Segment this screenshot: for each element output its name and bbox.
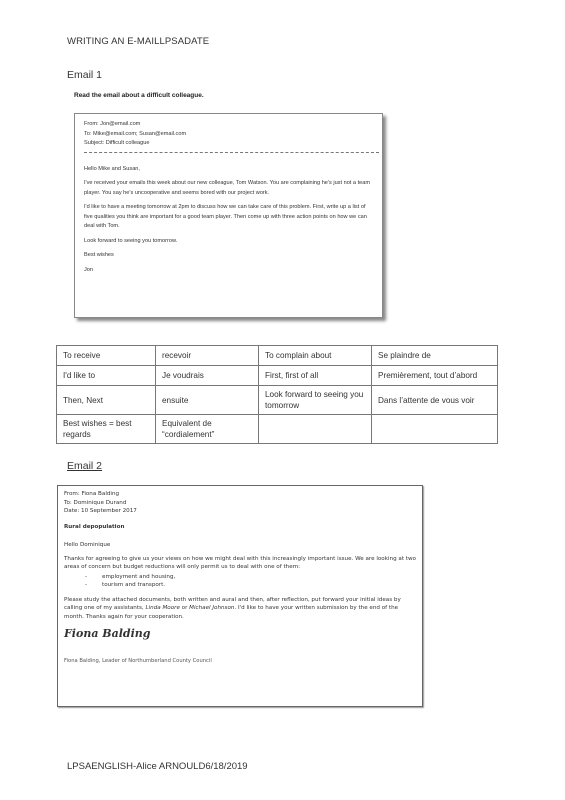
email1-section-title: Email 1 — [67, 69, 102, 81]
email1-instruction: Read the email about a difficult colleag… — [74, 92, 204, 99]
email1-from: From: Jon@email.com — [84, 120, 373, 130]
email2-box: From: Fiona Balding To: Dominique Durand… — [57, 485, 423, 707]
email2-footer-line: Fiona Balding, Leader of Northumberland … — [64, 657, 416, 666]
table-cell: I'd like to — [57, 366, 156, 386]
email1-closing: Best wishes — [84, 251, 373, 261]
table-row: Best wishes = best regards Equivalent de… — [57, 415, 498, 444]
paragraph-text: or — [180, 605, 189, 611]
email2-signature: Fiona Balding — [64, 627, 416, 641]
table-cell: ensuite — [156, 386, 259, 415]
table-cell: Je voudrais — [156, 366, 259, 386]
table-cell: recevoir — [156, 346, 259, 366]
email2-paragraph: Please study the attached documents, bot… — [64, 596, 416, 622]
table-cell: To complain about — [259, 346, 372, 366]
table-cell — [259, 415, 372, 444]
table-cell: Then, Next — [57, 386, 156, 415]
email1-paragraph: I've received your emails this week abou… — [84, 179, 373, 198]
email2-paragraph: Thanks for agreeing to give us your view… — [64, 555, 416, 572]
email1-to: To: Mike@email.com; Susan@email.com — [84, 130, 373, 140]
assistant-name: Michael Johnson — [189, 605, 234, 611]
email1-greeting: Hello Mike and Susan, — [84, 165, 373, 175]
email2-section-title: Email 2 — [67, 460, 102, 472]
email2-list: employment and housing, tourism and tran… — [64, 573, 416, 590]
table-cell: First, first of all — [259, 366, 372, 386]
email2-date: Date: 10 September 2017 — [64, 507, 416, 516]
table-cell: Dans l’attente de vous voir — [372, 386, 498, 415]
table-row: To receive recevoir To complain about Se… — [57, 346, 498, 366]
email2-to: To: Dominique Durand — [64, 499, 416, 508]
email2-greeting: Hello Dominique — [64, 541, 416, 550]
table-cell: Equivalent de “cordialement” — [156, 415, 259, 444]
table-cell — [372, 415, 498, 444]
table-cell: Best wishes = best regards — [57, 415, 156, 444]
email1-signature: Jon — [84, 266, 373, 276]
email1-box: From: Jon@email.com To: Mike@email.com; … — [74, 113, 383, 318]
list-item: tourism and transport. — [102, 581, 416, 590]
email2-from: From: Fiona Balding — [64, 490, 416, 499]
vocabulary-table: To receive recevoir To complain about Se… — [56, 345, 498, 444]
email2-subject: Rural depopulation — [64, 523, 416, 532]
email1-header-divider — [84, 150, 379, 153]
email1-subject: Subject: Difficult colleague — [84, 139, 373, 149]
table-cell: To receive — [57, 346, 156, 366]
table-cell: Se plaindre de — [372, 346, 498, 366]
table-row: I'd like to Je voudrais First, first of … — [57, 366, 498, 386]
document-header: WRITING AN E-MAILLPSADATE — [67, 36, 209, 47]
assistant-name: Linda Moore — [146, 605, 180, 611]
email1-paragraph: Look forward to seeing you tomorrow. — [84, 237, 373, 247]
table-cell: Look forward to seeing you tomorrow — [259, 386, 372, 415]
list-item: employment and housing, — [102, 573, 416, 582]
table-cell: Premièrement, tout d’abord — [372, 366, 498, 386]
document-footer: LPSAENGLISH-Alice ARNOULD6/18/2019 — [67, 761, 248, 772]
table-row: Then, Next ensuite Look forward to seein… — [57, 386, 498, 415]
email1-paragraph: I'd like to have a meeting tomorrow at 2… — [84, 203, 373, 232]
